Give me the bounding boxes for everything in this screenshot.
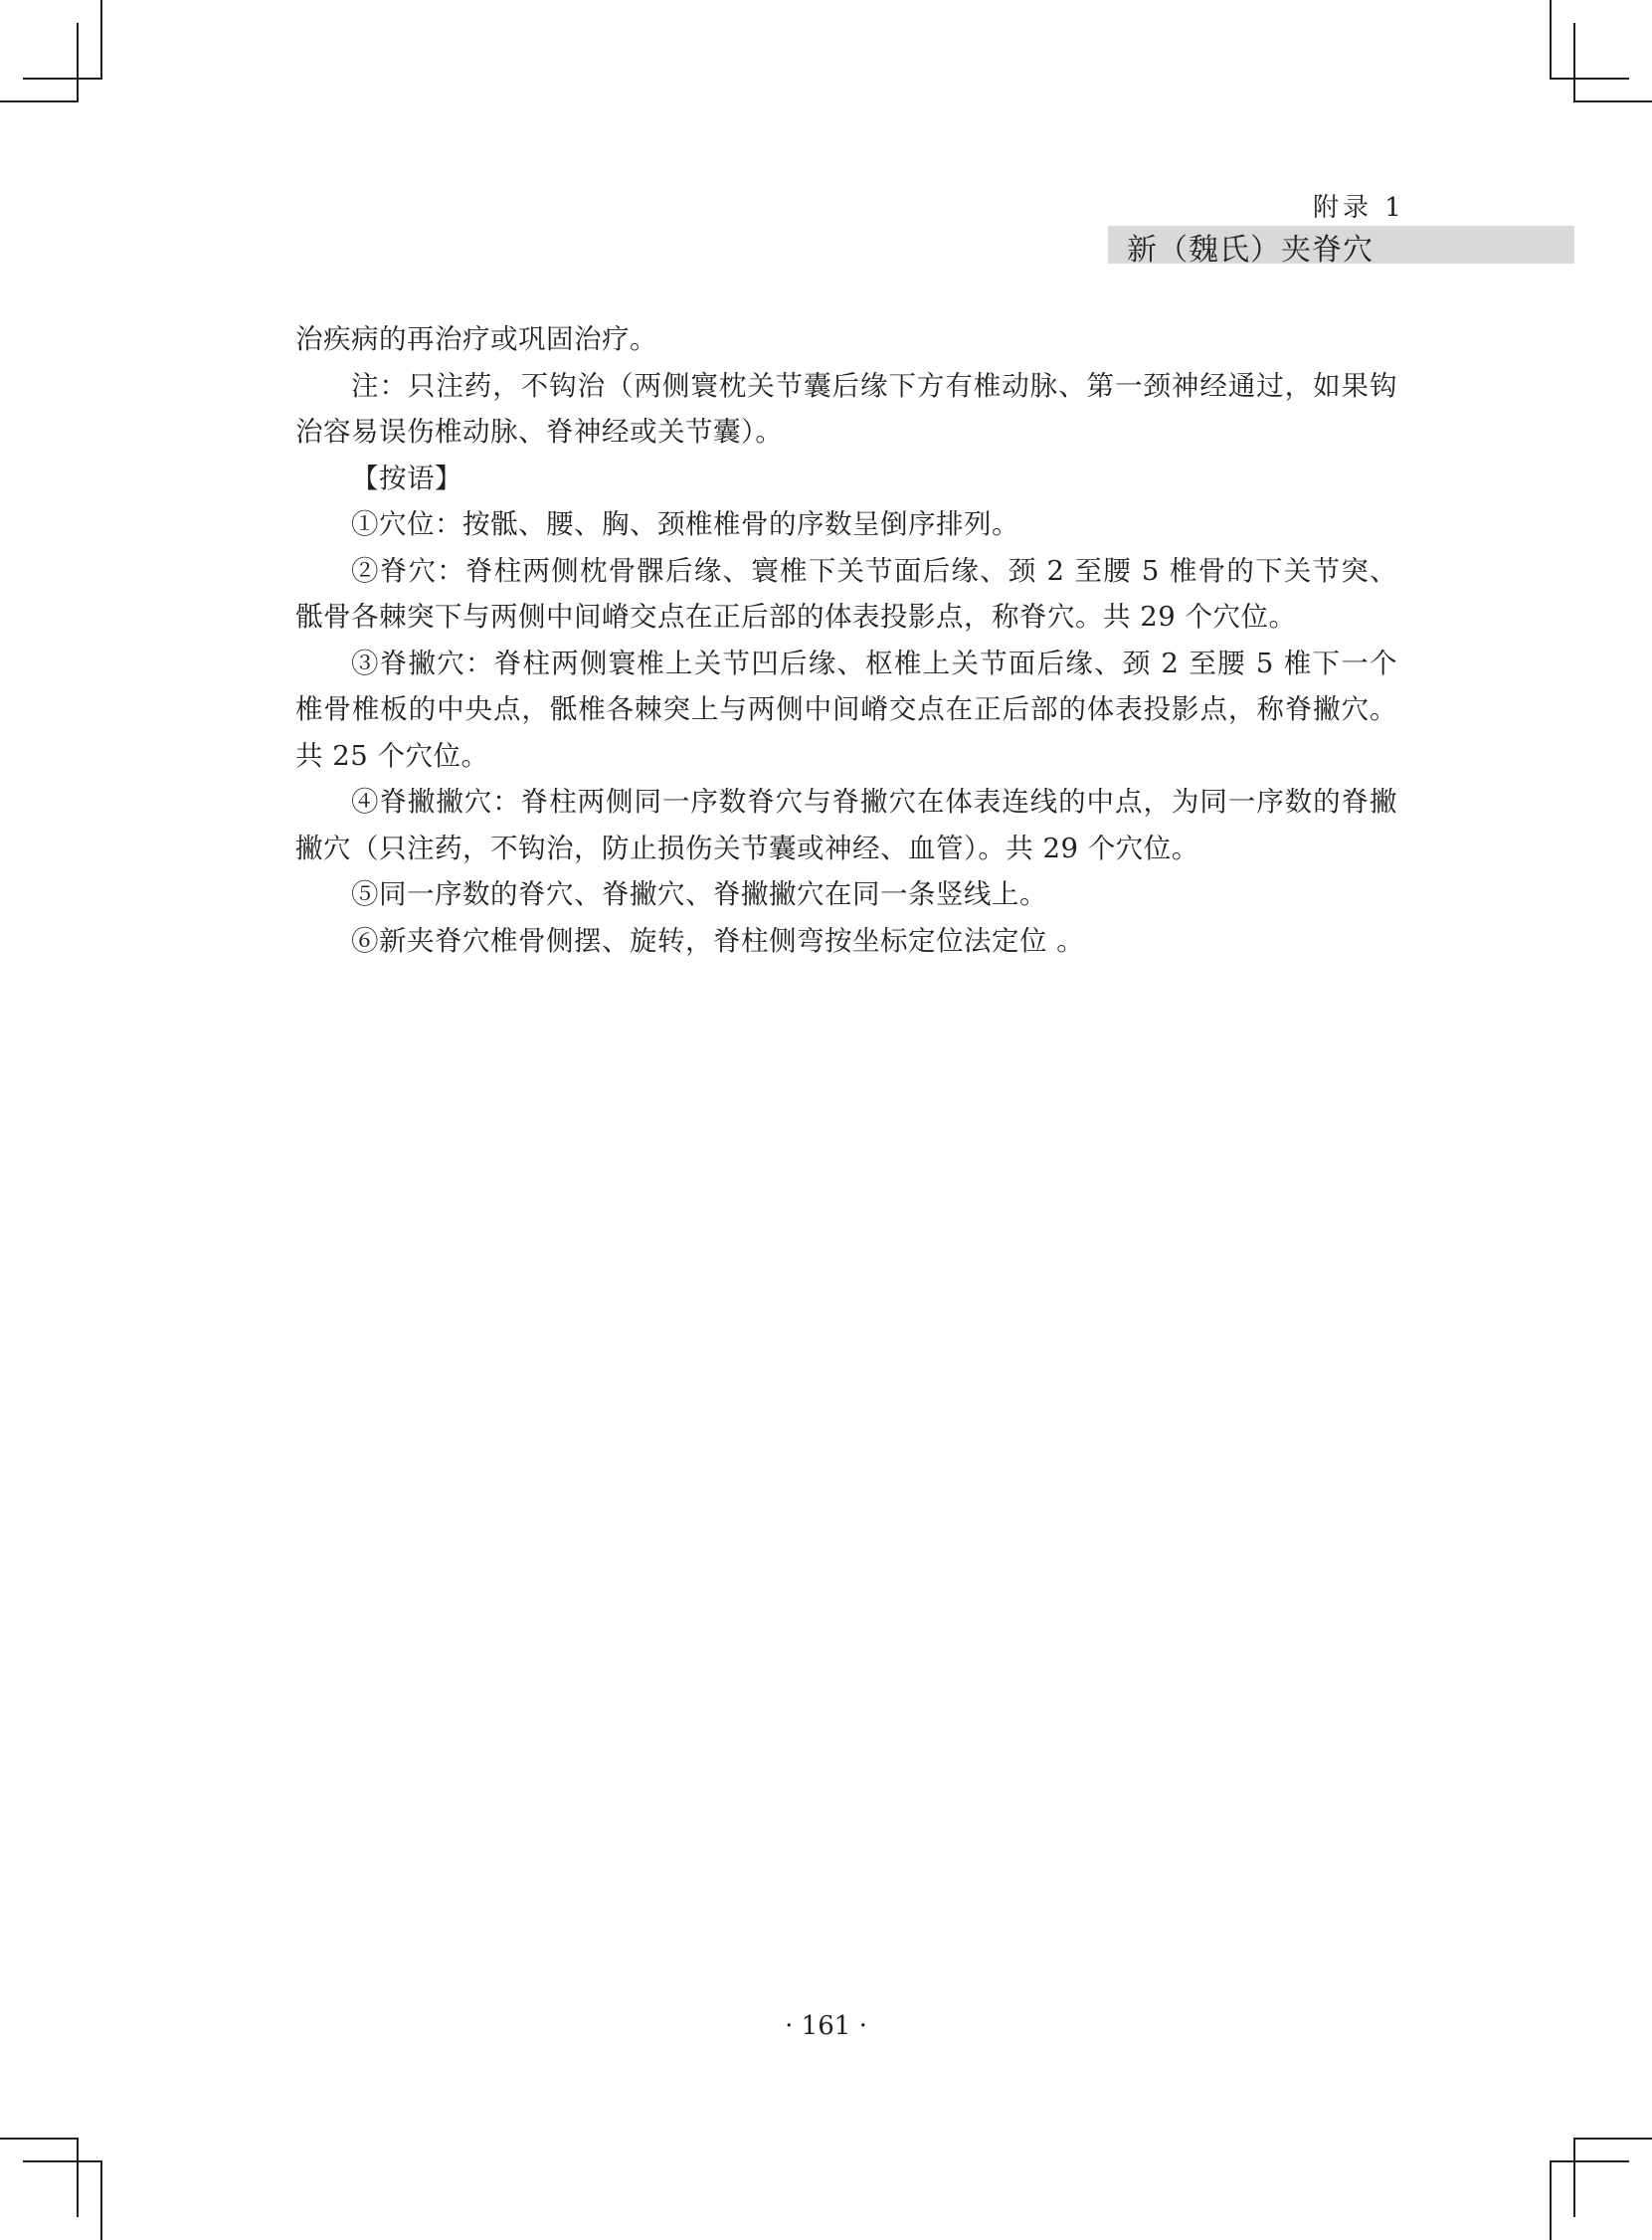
body-text: 治疾病的再治疗或巩固治疗。 注：只注药，不钩治（两侧寰枕关节囊后缘下方有椎动脉、… — [295, 316, 1397, 964]
crop-mark-top-left — [77, 23, 79, 102]
note-paragraph: 注：只注药，不钩治（两侧寰枕关节囊后缘下方有椎动脉、第一颈神经通过，如果钩治容易… — [295, 363, 1397, 456]
list-item: ④脊撇撇穴：脊柱两侧同一序数脊穴与脊撇穴在体表连线的中点，为同一序数的脊撇撇穴（… — [295, 779, 1397, 871]
appendix-label: 附录 1 — [1313, 187, 1392, 224]
crop-mark-top-left — [0, 100, 79, 102]
crop-mark-top-right — [1573, 23, 1575, 102]
crop-mark-bottom-left — [77, 2138, 79, 2217]
crop-mark-bottom-right — [1550, 2160, 1552, 2240]
crop-mark-top-right — [1550, 0, 1552, 79]
crop-mark-top-right — [1573, 100, 1652, 102]
crop-mark-top-left — [23, 78, 102, 80]
list-item: ①穴位：按骶、腰、胸、颈椎椎骨的序数呈倒序排列。 — [295, 501, 1397, 548]
list-item: ⑤同一序数的脊穴、脊撇穴、脊撇撇穴在同一条竖线上。 — [295, 871, 1397, 918]
crop-mark-bottom-right — [1573, 2138, 1652, 2140]
crop-mark-top-right — [1550, 78, 1629, 80]
list-item: ⑥新夹脊穴椎骨侧摆、旋转，脊柱侧弯按坐标定位法定位 。 — [295, 918, 1397, 965]
crop-mark-bottom-left — [100, 2160, 102, 2240]
crop-mark-bottom-left — [23, 2160, 102, 2162]
crop-mark-bottom-right — [1550, 2160, 1629, 2162]
list-item: ③脊撇穴：脊柱两侧寰椎上关节凹后缘、枢椎上关节面后缘、颈 2 至腰 5 椎下一个… — [295, 641, 1397, 780]
crop-mark-top-left — [100, 0, 102, 79]
paragraph: 治疾病的再治疗或巩固治疗。 — [295, 316, 1397, 363]
section-title: 新（魏氏）夹脊穴 — [1127, 225, 1374, 269]
page-number: · 161 · — [0, 2011, 1652, 2041]
crop-mark-bottom-left — [0, 2138, 79, 2140]
crop-mark-bottom-right — [1573, 2138, 1575, 2217]
list-item: ②脊穴：脊柱两侧枕骨髁后缘、寰椎下关节面后缘、颈 2 至腰 5 椎骨的下关节突、… — [295, 548, 1397, 641]
commentary-heading: 【按语】 — [295, 456, 1397, 502]
